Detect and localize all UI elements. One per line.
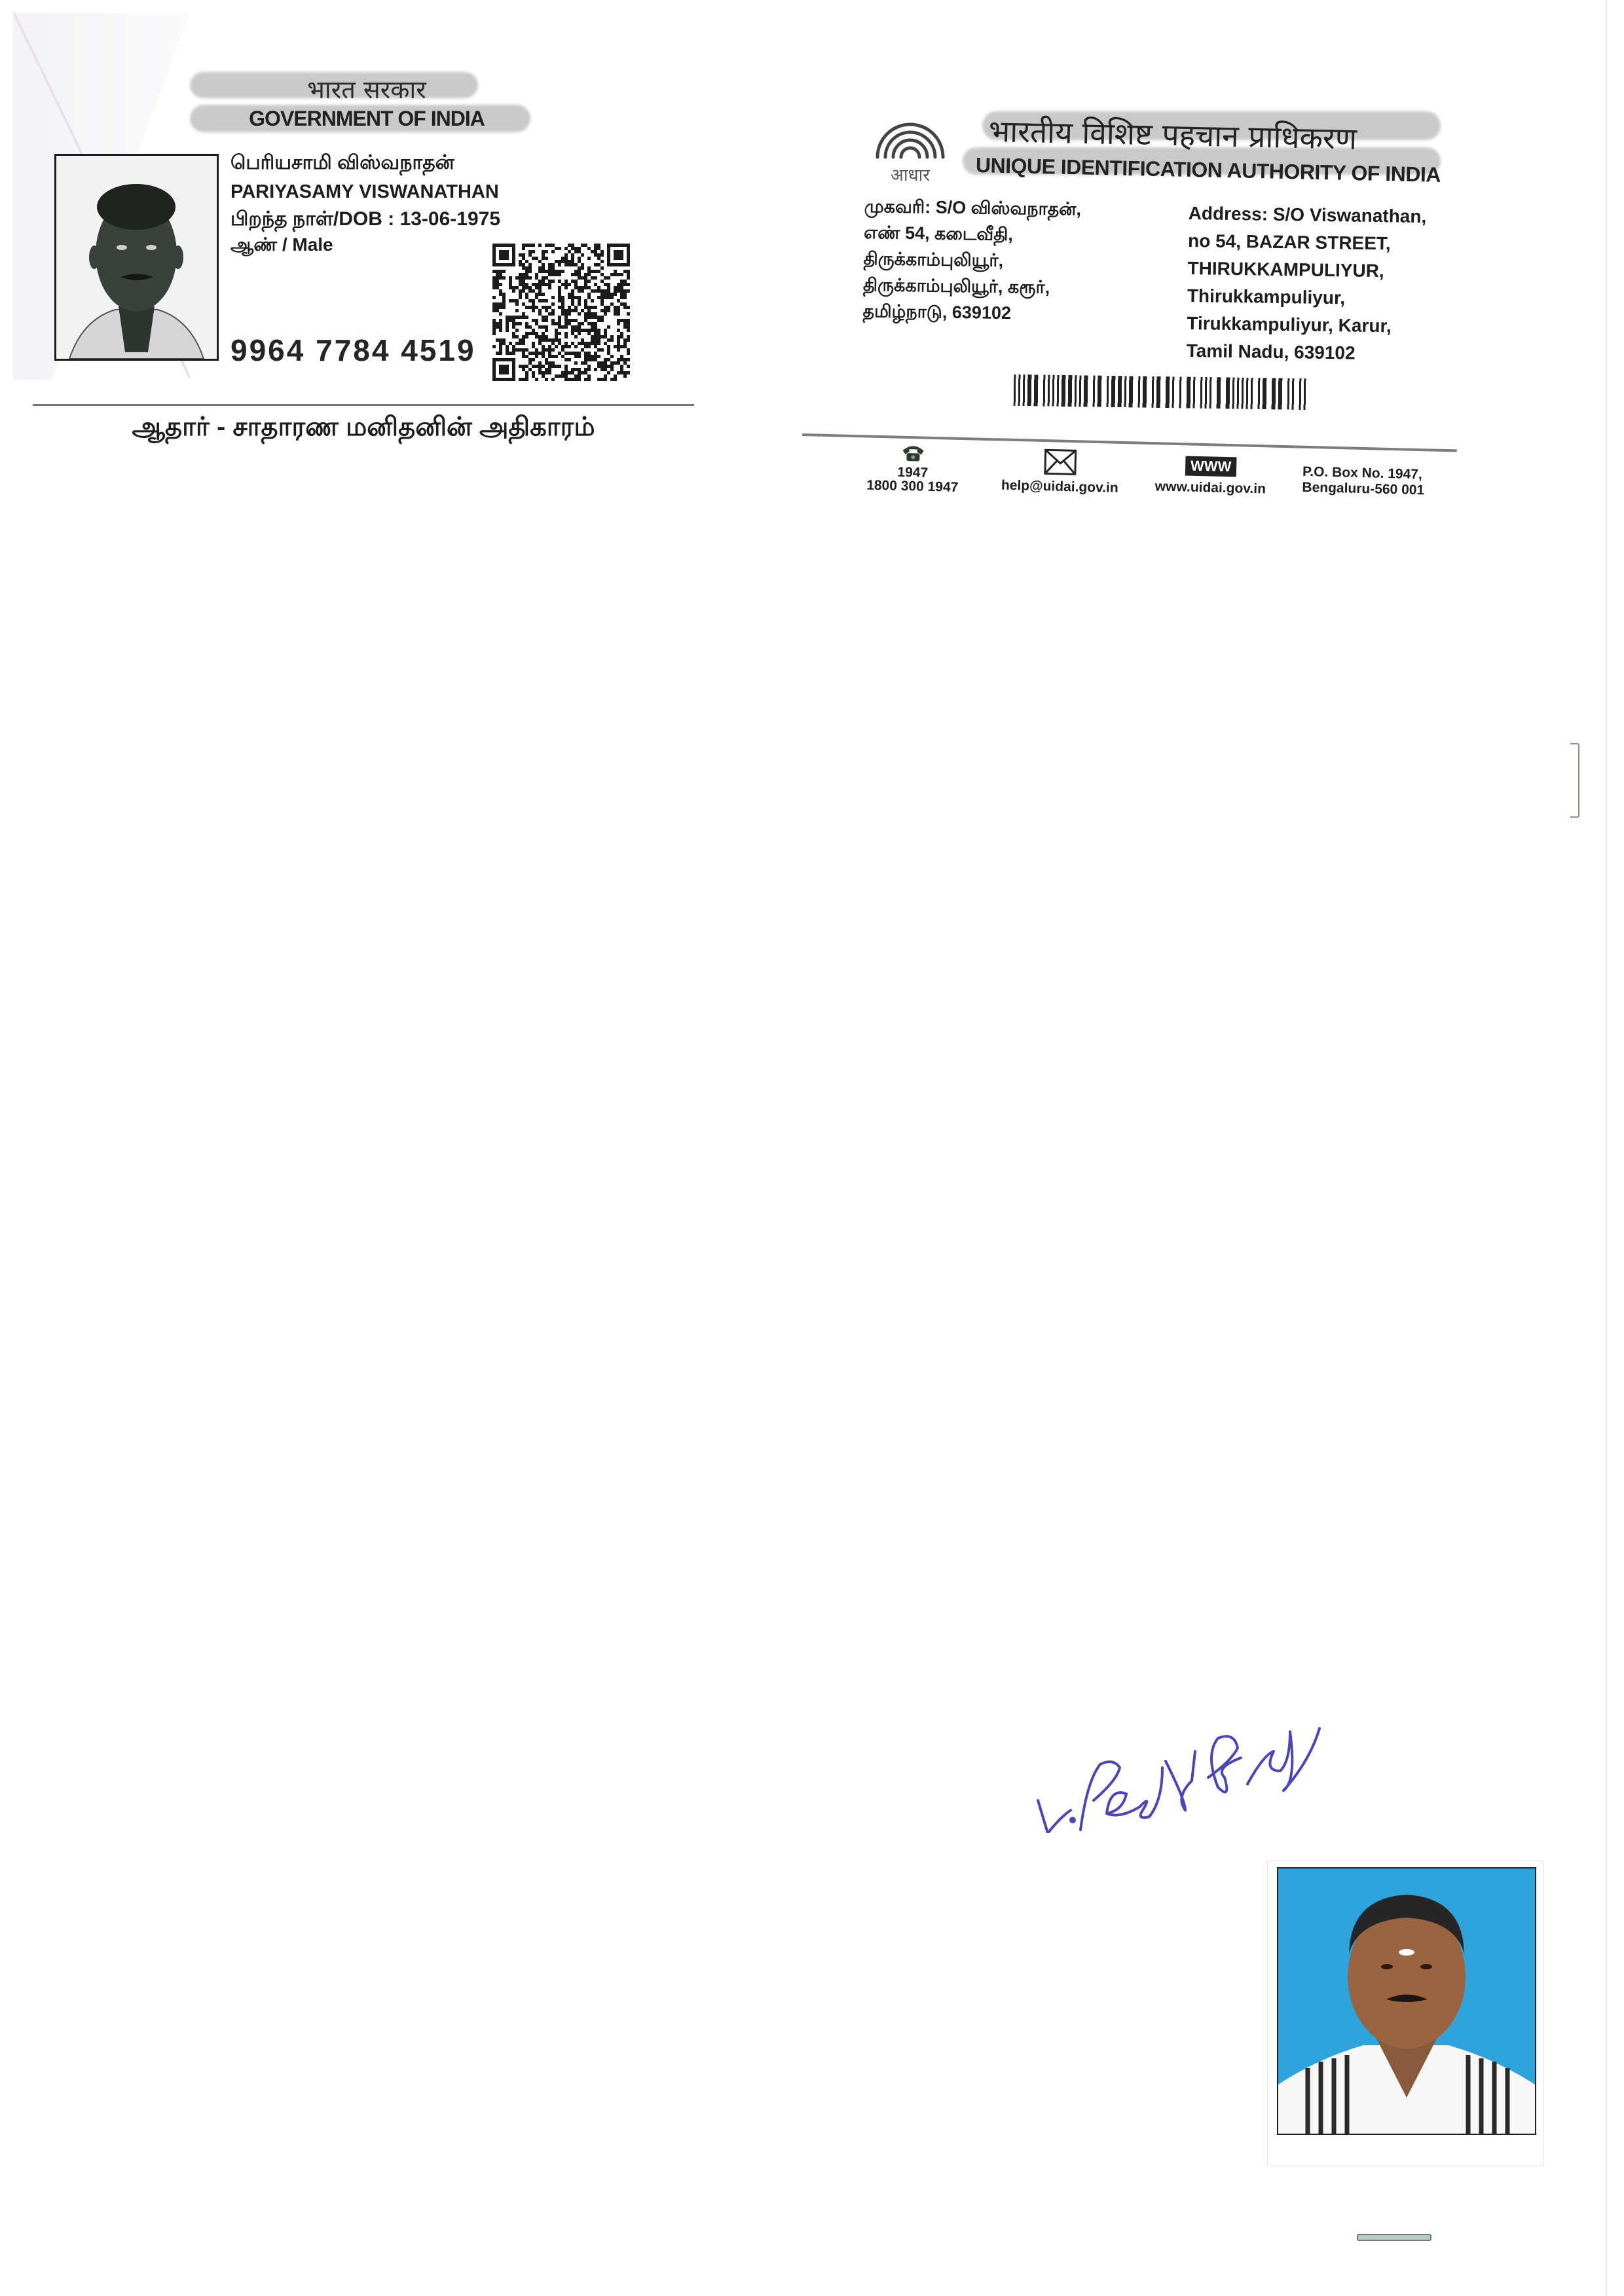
www-icon: WWW <box>1185 456 1237 477</box>
address-line: Tamil Nadu, 639102 <box>1186 337 1424 368</box>
staple-icon <box>1357 2234 1431 2241</box>
qr-code-icon <box>492 244 630 381</box>
address-line: Address: S/O Viswanathan, <box>1188 200 1426 230</box>
address-line: Thirukkampuliyur, <box>1187 282 1426 313</box>
address-line: no 54, BAZAR STREET, <box>1188 227 1426 258</box>
date-of-birth: பிறந்த நாள்/DOB : 13-06-1975 <box>231 208 500 233</box>
authority-hindi: भारतीय विशिष्ट पहचान प्राधिकरण <box>988 110 1357 158</box>
uidai-contact-footer: 1947 1800 300 1947 help@uidai.gov.in WWW… <box>849 440 1460 534</box>
person-photo-icon <box>54 154 219 361</box>
paper-edge <box>1606 0 1607 2296</box>
postal-address: P.O. Box No. 1947, Bengaluru-560 001 <box>1302 464 1453 500</box>
passport-photo-icon <box>1277 1867 1536 2135</box>
helpline-number: 1800 300 1947 <box>863 478 961 495</box>
website-url[interactable]: www.uidai.gov.in <box>1145 479 1276 498</box>
gender: ஆண் / Male <box>231 234 333 258</box>
address-line: திருக்காம்புலியூர், <box>863 246 1080 275</box>
address-english: Address: S/O Viswanathan, no 54, BAZAR S… <box>1186 200 1426 368</box>
dob-label: பிறந்த நாள்/DOB : <box>231 208 400 230</box>
aadhaar-number: 9964 7784 4519 <box>231 333 476 368</box>
address-line: எண் 54, கடைவீதி, <box>864 219 1081 249</box>
government-hindi: भारत सरकार <box>190 72 544 106</box>
address-line: Tirukkampuliyur, Karur, <box>1187 310 1425 340</box>
helpline: 1947 1800 300 1947 <box>863 440 963 495</box>
name-english: PARIYASAMY VISWANATHAN <box>231 181 499 203</box>
name-tamil: பெரியசாமி விஸ்வநாதன் <box>231 152 454 177</box>
svg-text:आधार: आधार <box>891 166 931 185</box>
address-line: தமிழ்நாடு, 639102 <box>862 298 1080 327</box>
envelope-icon <box>1044 448 1077 475</box>
barcode-icon <box>1014 374 1309 410</box>
telephone-icon <box>900 441 927 463</box>
email-contact: help@uidai.gov.in <box>994 447 1126 496</box>
po-city: Bengaluru-560 001 <box>1302 480 1453 500</box>
email-address[interactable]: help@uidai.gov.in <box>994 477 1126 496</box>
address-line: THIRUKKAMPULIYUR, <box>1187 255 1426 285</box>
address-line: முகவரி: S/O விஸ்வநாதன், <box>864 193 1081 223</box>
government-english: GOVERNMENT OF INDIA <box>190 107 544 131</box>
aadhaar-logo-icon: आधार <box>863 117 961 189</box>
dob-value: 13-06-1975 <box>400 208 500 230</box>
handwritten-signature-icon <box>1008 1702 1414 1833</box>
divider <box>33 404 694 406</box>
staple-icon <box>1570 743 1579 818</box>
address-line: திருக்காம்புலியூர், கரூர், <box>863 272 1080 301</box>
aadhaar-slogan: ஆதார் - சாதாரண மனிதனின் அதிகாரம் <box>33 412 694 445</box>
address-tamil: முகவரி: S/O விஸ்வநாதன், எண் 54, கடைவீதி,… <box>862 193 1081 327</box>
website-contact: WWW www.uidai.gov.in <box>1145 455 1276 498</box>
